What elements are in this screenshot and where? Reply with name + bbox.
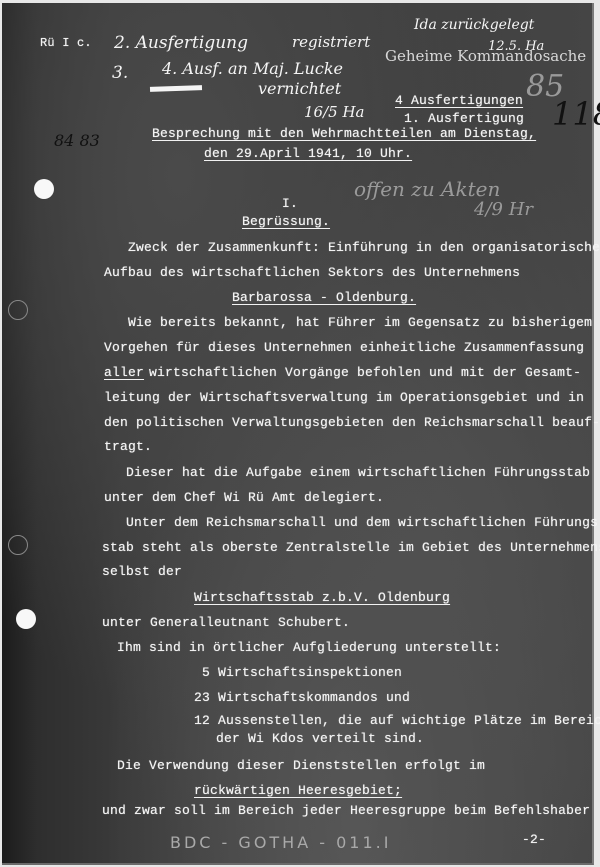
handwritten-note: Ida zurückgelegt <box>414 17 534 33</box>
body-line: tragt. <box>104 439 152 454</box>
body-line: selbst der <box>102 564 182 579</box>
handwritten-note: 12.5. Ha <box>488 39 544 54</box>
operation-name: Barbarossa - Oldenburg. <box>232 290 416 305</box>
body-line: und zwar soll im Bereich jeder Heeresgru… <box>102 803 590 818</box>
strikethrough-mark <box>150 85 202 92</box>
handwritten-note: 2. Ausfertigung <box>114 33 248 53</box>
emphasized-word: aller <box>104 365 144 380</box>
body-line: unter dem Chef Wi Rü Amt delegiert. <box>104 490 384 505</box>
punch-hole <box>8 300 28 320</box>
document-page: Rü I c. Geheime Kommandosache 4 Ausferti… <box>2 3 594 865</box>
organization-name: Wirtschaftsstab z.b.V. Oldenburg <box>194 590 450 605</box>
page-marker: -2- <box>522 832 546 847</box>
list-item: 12 Aussenstellen, die auf wichtige Plätz… <box>194 713 600 728</box>
punch-hole <box>16 609 36 629</box>
body-line: Ihm sind in örtlicher Aufgliederung unte… <box>117 640 501 655</box>
punch-hole <box>34 179 54 199</box>
list-item: 23 Wirtschaftskommandos und <box>194 690 410 705</box>
list-item-continuation: der Wi Kdos verteilt sind. <box>216 731 424 746</box>
body-line: leitung der Wirtschaftsverwaltung im Ope… <box>104 390 584 405</box>
pencil-note: offen zu Akten <box>354 177 500 201</box>
body-line: Unter dem Reichsmarschall und dem wirtsc… <box>126 515 600 530</box>
body-line: Wie bereits bekannt, hat Führer im Gegen… <box>128 315 592 330</box>
handwritten-note: 4. Ausf. an Maj. Lucke <box>162 59 343 78</box>
handwritten-note: vernichtet <box>258 79 341 98</box>
area-name: rückwärtigen Heeresgebiet; <box>194 783 402 798</box>
margin-note: 84 83 <box>54 131 100 150</box>
handwritten-note: registriert <box>292 33 370 51</box>
section-heading: Begrüssung. <box>242 214 330 229</box>
office-code: Rü I c. <box>40 36 92 50</box>
body-line: unter Generalleutnant Schubert. <box>102 615 350 630</box>
document-title-line2: den 29.April 1941, 10 Uhr. <box>204 146 412 161</box>
copy-number: 1. Ausfertigung <box>404 111 524 126</box>
body-line: Aufbau des wirtschaftlichen Sektors des … <box>104 265 520 280</box>
list-item: 5 Wirtschaftsinspektionen <box>202 665 402 680</box>
body-line: Die Verwendung dieser Dienststellen erfo… <box>117 758 485 773</box>
document-title-line1: Besprechung mit den Wehrmachtteilen am D… <box>152 126 536 141</box>
section-number: I. <box>282 196 298 211</box>
classification-stamp: Geheime Kommandosache <box>385 47 586 65</box>
handwritten-note: 16/5 Ha <box>304 103 364 121</box>
handwritten-note: 3. <box>112 63 128 83</box>
pencil-note: 4/9 Hr <box>474 199 533 220</box>
archive-stamp: BDC - GOTHA - 011.I <box>170 833 391 852</box>
body-line: Dieser hat die Aufgabe einem wirtschaftl… <box>126 465 590 480</box>
body-line: Vorgehen für dieses Unternehmen einheitl… <box>104 340 584 355</box>
ink-folio-number: 118 <box>552 95 600 133</box>
body-line: den politischen Verwaltungsgebieten den … <box>104 415 600 430</box>
punch-hole <box>8 535 28 555</box>
body-line: wirtschaftlichen Vorgänge befohlen und m… <box>149 365 581 380</box>
body-line: stab steht als oberste Zentralstelle im … <box>102 540 600 555</box>
copies-total: 4 Ausfertigungen <box>395 93 523 108</box>
body-line: Zweck der Zusammenkunft: Einführung in d… <box>128 240 600 255</box>
